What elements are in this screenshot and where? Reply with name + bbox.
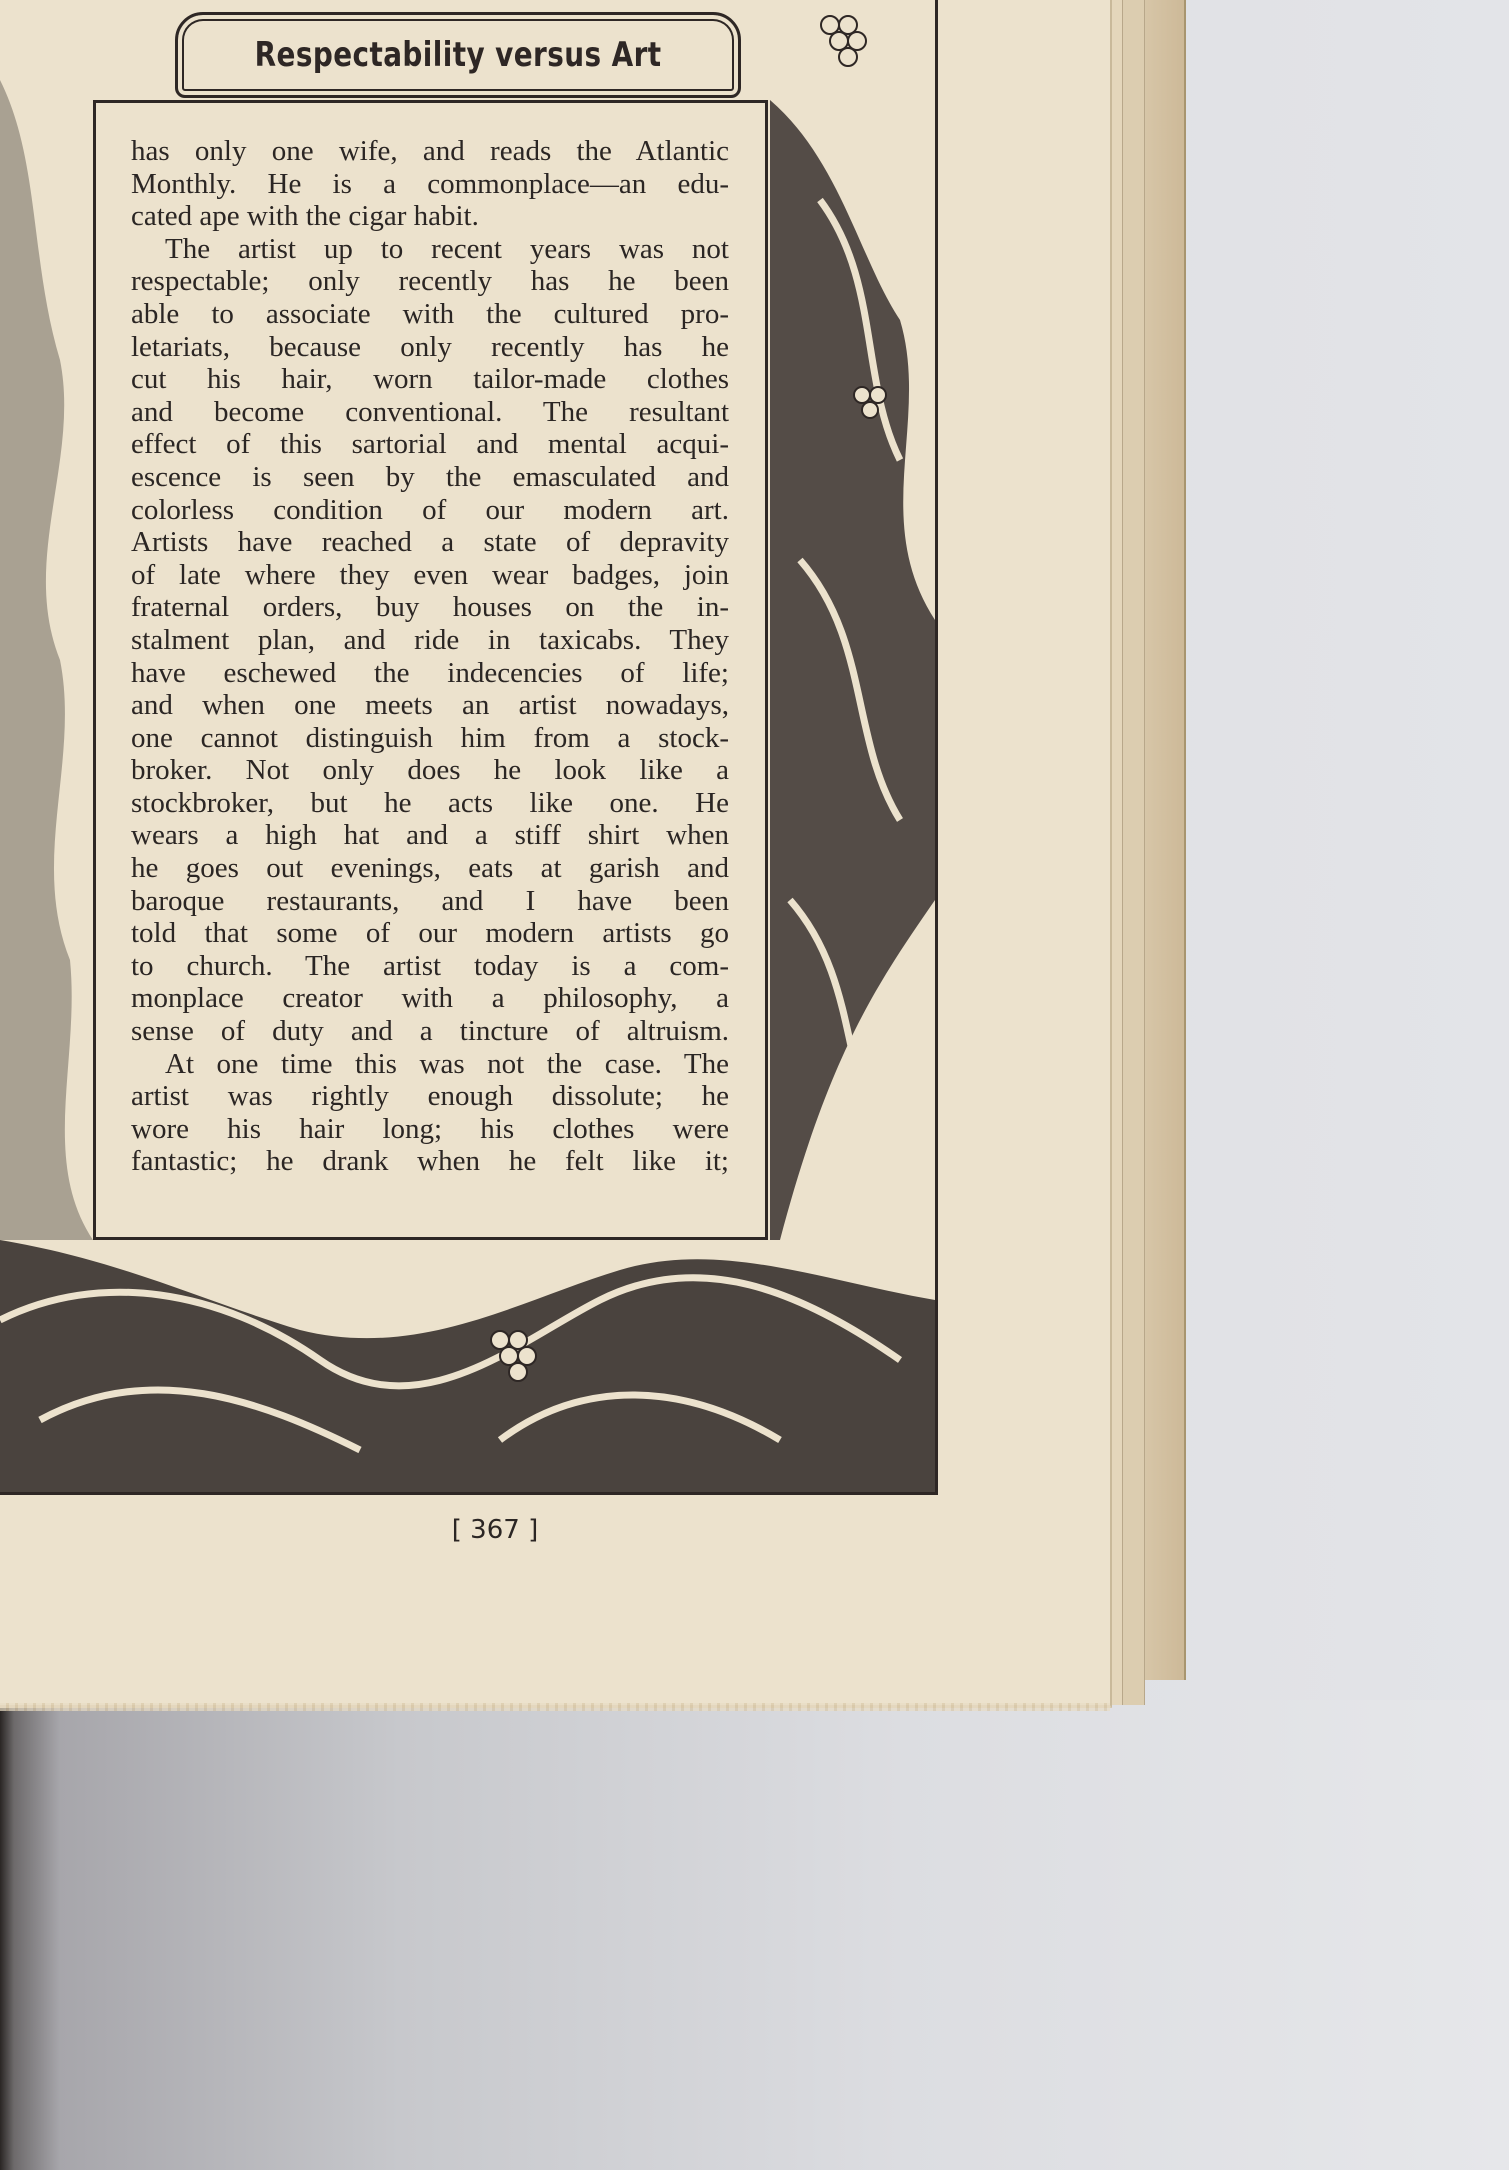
text-line: Artists have reached a state of depravit… <box>131 526 729 559</box>
text-line: have eschewed the indecencies of life; <box>131 657 729 690</box>
text-line: The artist up to recent years was not <box>131 233 729 266</box>
text-line: colorless condition of our modern art. <box>131 494 729 527</box>
text-line: he goes out evenings, eats at garish and <box>131 852 729 885</box>
decorative-acanthus-border: Respectability versus Art has only one w… <box>0 0 938 1495</box>
text-line: and when one meets an artist nowadays, <box>131 689 729 722</box>
text-line: able to associate with the cultured pro- <box>131 298 729 331</box>
text-line: to church. The artist today is a com- <box>131 950 729 983</box>
text-line: wore his hair long; his clothes were <box>131 1113 729 1146</box>
text-line: told that some of our modern artists go <box>131 917 729 950</box>
book-page: Respectability versus Art has only one w… <box>0 0 1112 1708</box>
page-stack-edge <box>1122 0 1145 1705</box>
text-line: baroque restaurants, and I have been <box>131 885 729 918</box>
running-head: Respectability versus Art <box>255 35 662 75</box>
text-line: fantastic; he drank when he felt like it… <box>131 1145 729 1178</box>
text-line: escence is seen by the emasculated and <box>131 461 729 494</box>
text-line: fraternal orders, buy houses on the in- <box>131 591 729 624</box>
text-line: and become conventional. The resultant <box>131 396 729 429</box>
text-line: artist was rightly enough dissolute; he <box>131 1080 729 1113</box>
text-line: of late where they even wear badges, joi… <box>131 559 729 592</box>
text-line: cated ape with the cigar habit. <box>131 200 729 233</box>
page-stack-edge <box>1144 0 1186 1680</box>
text-line: effect of this sartorial and mental acqu… <box>131 428 729 461</box>
running-head-cartouche: Respectability versus Art <box>175 12 741 98</box>
text-line: has only one wife, and reads the Atlanti… <box>131 135 729 168</box>
text-line: wears a high hat and a stiff shirt when <box>131 819 729 852</box>
page-number: [ 367 ] <box>420 1515 570 1545</box>
text-line: cut his hair, worn tailor-made clothes <box>131 363 729 396</box>
text-line: monplace creator with a philosophy, a <box>131 982 729 1015</box>
text-block: has only one wife, and reads the Atlanti… <box>93 100 768 1240</box>
text-line: At one time this was not the case. The <box>131 1048 729 1081</box>
text-line: stockbroker, but he acts like one. He <box>131 787 729 820</box>
text-line: Monthly. He is a commonplace—an edu- <box>131 168 729 201</box>
text-line: sense of duty and a tincture of altruism… <box>131 1015 729 1048</box>
text-line: respectable; only recently has he been <box>131 265 729 298</box>
text-line: stalment plan, and ride in taxicabs. The… <box>131 624 729 657</box>
text-line: one cannot distinguish him from a stock- <box>131 722 729 755</box>
text-line: letariats, because only recently has he <box>131 331 729 364</box>
text-line: broker. Not only does he look like a <box>131 754 729 787</box>
